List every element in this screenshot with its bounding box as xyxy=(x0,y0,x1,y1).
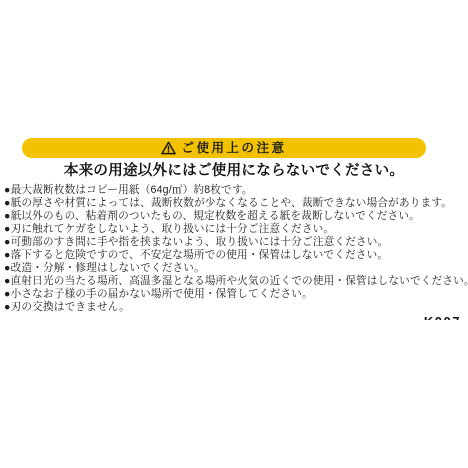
precaution-item-falling: ●落下すると危険ですので、不安定な場所での使用・保管はしないでください。 xyxy=(4,249,468,262)
precaution-item-non-paper: ●紙以外のもの、粘着剤のついたもの、規定枚数を超える紙を裁断しないでください。 xyxy=(4,210,468,223)
caution-label-page: ご使用上の注意 本来の用途以外にはご使用にならないでください。 ●最大裁断枚数は… xyxy=(0,0,468,468)
precaution-item-no-modification: ●改造・分解・修理はしないでください。 xyxy=(4,262,468,275)
precaution-item-blade-replacement: ●刃の交換はできません。 xyxy=(4,301,468,314)
main-warning-text: 本来の用途以外にはご使用にならないでください。 xyxy=(0,159,468,180)
footer-code-clipped: K007 xyxy=(424,313,461,320)
banner-title: ご使用上の注意 xyxy=(181,142,286,155)
precaution-item-children: ●小さなお子様の手の届かない場所で使用・保管してください。 xyxy=(4,288,468,301)
precaution-list: ●最大裁断枚数はコピー用紙（64g/㎡）約8枚です。 ●紙の厚さや材質によっては… xyxy=(0,184,468,314)
precaution-item-blade-injury: ●刃に触れてケガをしないよう、取り扱いには十分ご注意ください。 xyxy=(4,223,468,236)
caution-banner: ご使用上の注意 xyxy=(22,138,426,158)
product-code: K007 xyxy=(424,314,461,320)
warning-triangle-icon xyxy=(161,141,176,155)
precaution-item-max-sheets: ●最大裁断枚数はコピー用紙（64g/㎡）約8枚です。 xyxy=(4,184,468,197)
precaution-item-sunlight-heat: ●直射日光の当たる場所、高温多湿となる場所や火気の近くでの使用・保管はしないでく… xyxy=(4,275,468,288)
precaution-item-moving-parts: ●可動部のすき間に手や指を挟まないよう、取り扱いには十分ご注意ください。 xyxy=(4,236,468,249)
label-sheet: ご使用上の注意 本来の用途以外にはご使用にならないでください。 ●最大裁断枚数は… xyxy=(0,138,468,314)
precaution-item-paper-quality: ●紙の厚さや材質によっては、裁断枚数が少なくなることや、裁断できない場合がありま… xyxy=(4,197,468,210)
